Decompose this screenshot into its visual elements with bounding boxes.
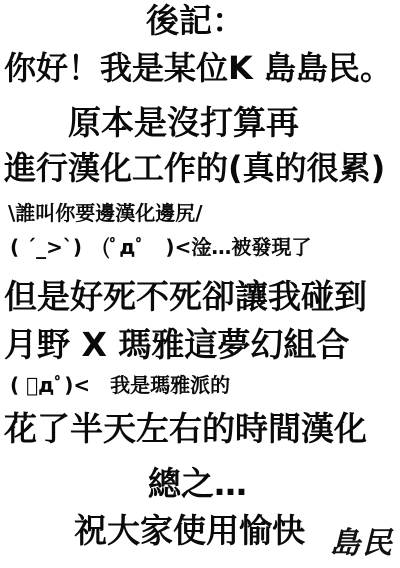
emoticon-line: ( ﾟдﾟ)< 我是瑪雅派的 [10,375,230,395]
closing-line: 祝大家使用愉快 [74,514,305,547]
greeting-line: 你好！我是某位K 島島民。 [4,52,392,84]
text-line: 但是好死不死卻讓我碰到 [4,280,367,313]
text-line: 花了半天左右的時間漢化 [4,412,367,445]
aside-line: \誰叫你要邊漢化邊尻/ [8,203,203,223]
text-line: 進行漢化工作的(真的很累) [4,152,385,184]
afterword-title: 後記： [146,4,245,37]
signature: 島民 [330,518,394,562]
text-line: 月野 X 瑪雅這夢幻組合 [4,328,349,361]
emoticon-line: ( ˊ_>ˋ) (ﾟдﾟ )<淦…被發現了 [10,237,311,257]
text-line: 總之… [148,467,247,500]
text-line: 原本是沒打算再 [68,106,299,139]
